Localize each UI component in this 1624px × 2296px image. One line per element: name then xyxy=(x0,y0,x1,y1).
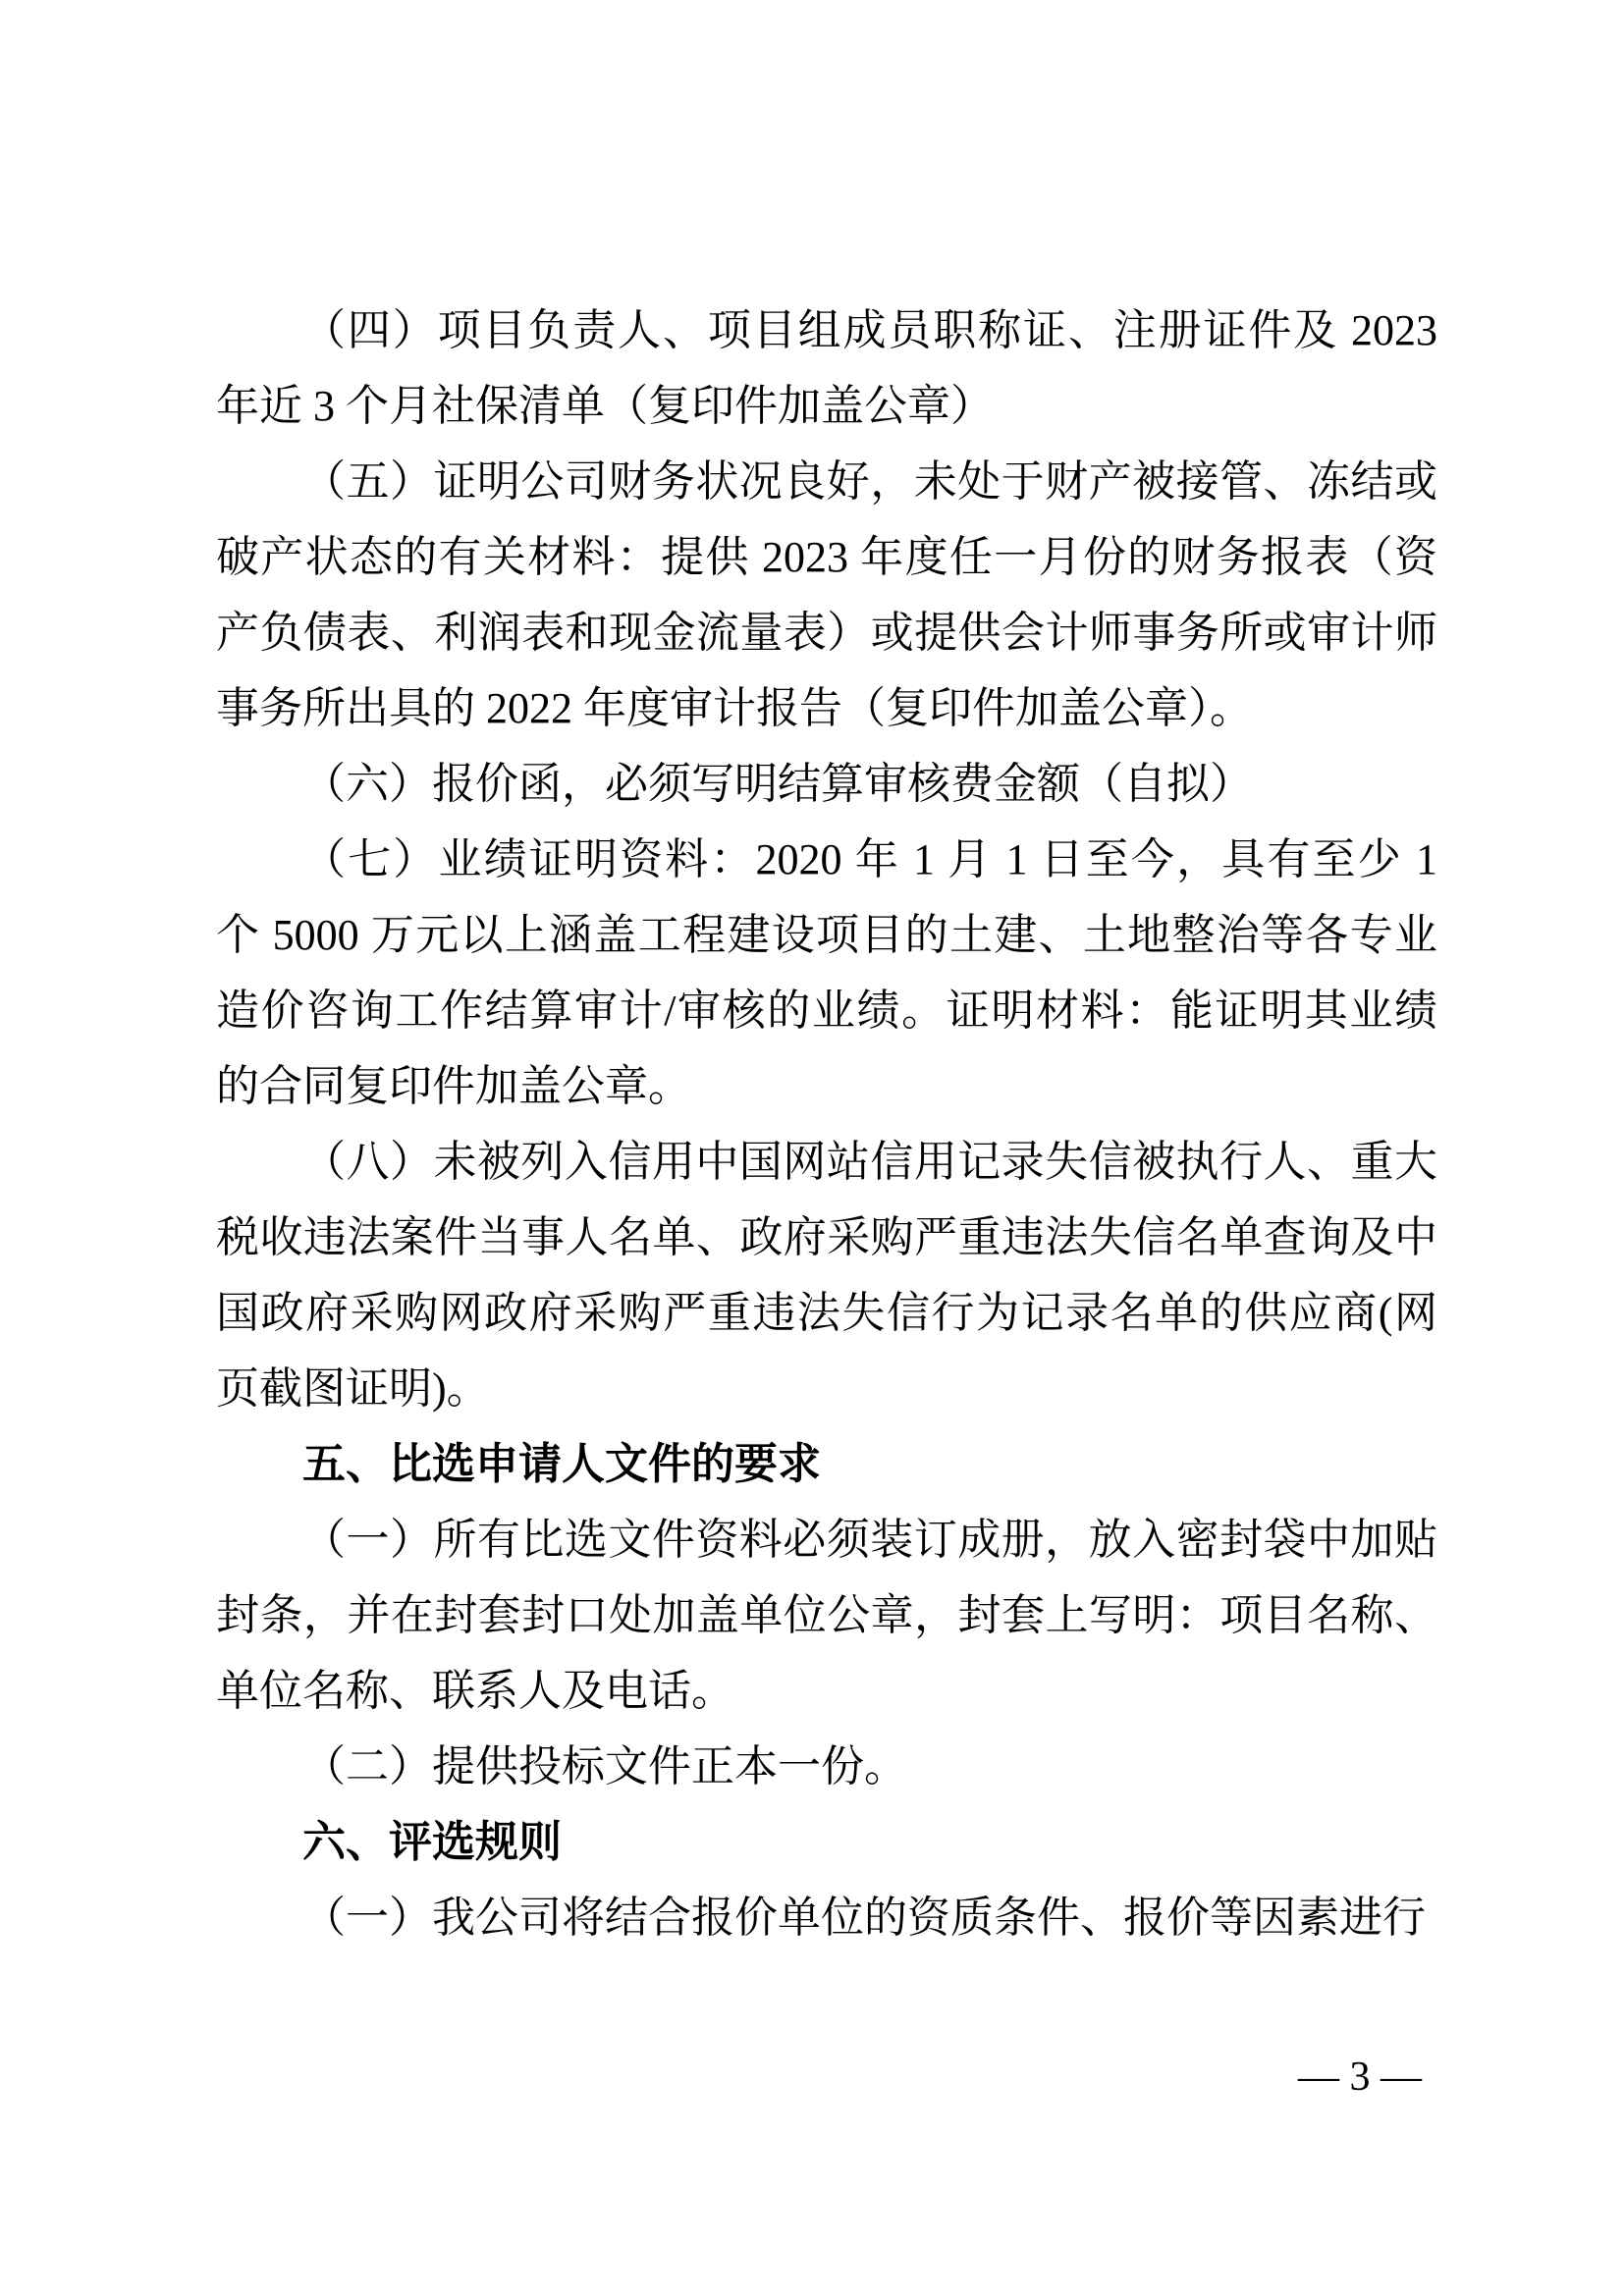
text-line: （五）证明公司财务状况良好，未处于财产被接管、冻结或 xyxy=(216,444,1437,519)
text-line: 税收违法案件当事人名单、政府采购严重违法失信名单查询及中 xyxy=(216,1200,1437,1275)
section-heading-text: 五、比选申请人文件的要求 xyxy=(216,1426,1437,1502)
text-line: 封条，并在封套封口处加盖单位公章，封套上写明：项目名称、 xyxy=(216,1577,1437,1653)
document-content: （四）项目负责人、项目组成员职称证、注册证件及 2023 年近 3 个月社保清单… xyxy=(216,293,1437,1955)
clause-4-paragraph: （四）项目负责人、项目组成员职称证、注册证件及 2023 年近 3 个月社保清单… xyxy=(216,293,1437,444)
text-line: 事务所出具的 2022 年度审计报告（复印件加盖公章）。 xyxy=(216,670,1437,746)
section-5-heading: 五、比选申请人文件的要求 xyxy=(216,1426,1437,1502)
text-line: 个 5000 万元以上涵盖工程建设项目的土建、土地整治等各专业 xyxy=(216,897,1437,973)
text-line: （六）报价函，必须写明结算审核费金额（自拟） xyxy=(216,746,1437,822)
text-line: （四）项目负责人、项目组成员职称证、注册证件及 2023 xyxy=(216,293,1437,368)
section-heading-text: 六、评选规则 xyxy=(216,1804,1437,1880)
text-line: 页截图证明)。 xyxy=(216,1351,1437,1426)
text-line: （八）未被列入信用中国网站信用记录失信被执行人、重大 xyxy=(216,1124,1437,1200)
clause-6-paragraph: （六）报价函，必须写明结算审核费金额（自拟） xyxy=(216,746,1437,822)
text-line: （七）业绩证明资料：2020 年 1 月 1 日至今，具有至少 1 xyxy=(216,822,1437,897)
clause-5-paragraph: （五）证明公司财务状况良好，未处于财产被接管、冻结或 破产状态的有关材料：提供 … xyxy=(216,444,1437,746)
text-line: 破产状态的有关材料：提供 2023 年度任一月份的财务报表（资 xyxy=(216,519,1437,595)
clause-7-paragraph: （七）业绩证明资料：2020 年 1 月 1 日至今，具有至少 1 个 5000… xyxy=(216,822,1437,1124)
text-line: （一）所有比选文件资料必须装订成册，放入密封袋中加贴 xyxy=(216,1502,1437,1577)
text-line: 的合同复印件加盖公章。 xyxy=(216,1048,1437,1124)
requirement-2-paragraph: （二）提供投标文件正本一份。 xyxy=(216,1729,1437,1804)
document-page: （四）项目负责人、项目组成员职称证、注册证件及 2023 年近 3 个月社保清单… xyxy=(0,0,1624,2296)
page-number: — 3 — xyxy=(216,2050,1422,2105)
text-line: （一）我公司将结合报价单位的资质条件、报价等因素进行 xyxy=(216,1880,1437,1955)
rule-1-paragraph: （一）我公司将结合报价单位的资质条件、报价等因素进行 xyxy=(216,1880,1437,1955)
text-line: 年近 3 个月社保清单（复印件加盖公章） xyxy=(216,368,1437,444)
text-line: 单位名称、联系人及电话。 xyxy=(216,1653,1437,1729)
text-line: 造价咨询工作结算审计/审核的业绩。证明材料：能证明其业绩 xyxy=(216,973,1437,1048)
clause-8-paragraph: （八）未被列入信用中国网站信用记录失信被执行人、重大 税收违法案件当事人名单、政… xyxy=(216,1124,1437,1426)
text-line: 国政府采购网政府采购严重违法失信行为记录名单的供应商(网 xyxy=(216,1275,1437,1351)
text-line: （二）提供投标文件正本一份。 xyxy=(216,1729,1437,1804)
requirement-1-paragraph: （一）所有比选文件资料必须装订成册，放入密封袋中加贴 封条，并在封套封口处加盖单… xyxy=(216,1502,1437,1729)
text-line: 产负债表、利润表和现金流量表）或提供会计师事务所或审计师 xyxy=(216,595,1437,670)
section-6-heading: 六、评选规则 xyxy=(216,1804,1437,1880)
